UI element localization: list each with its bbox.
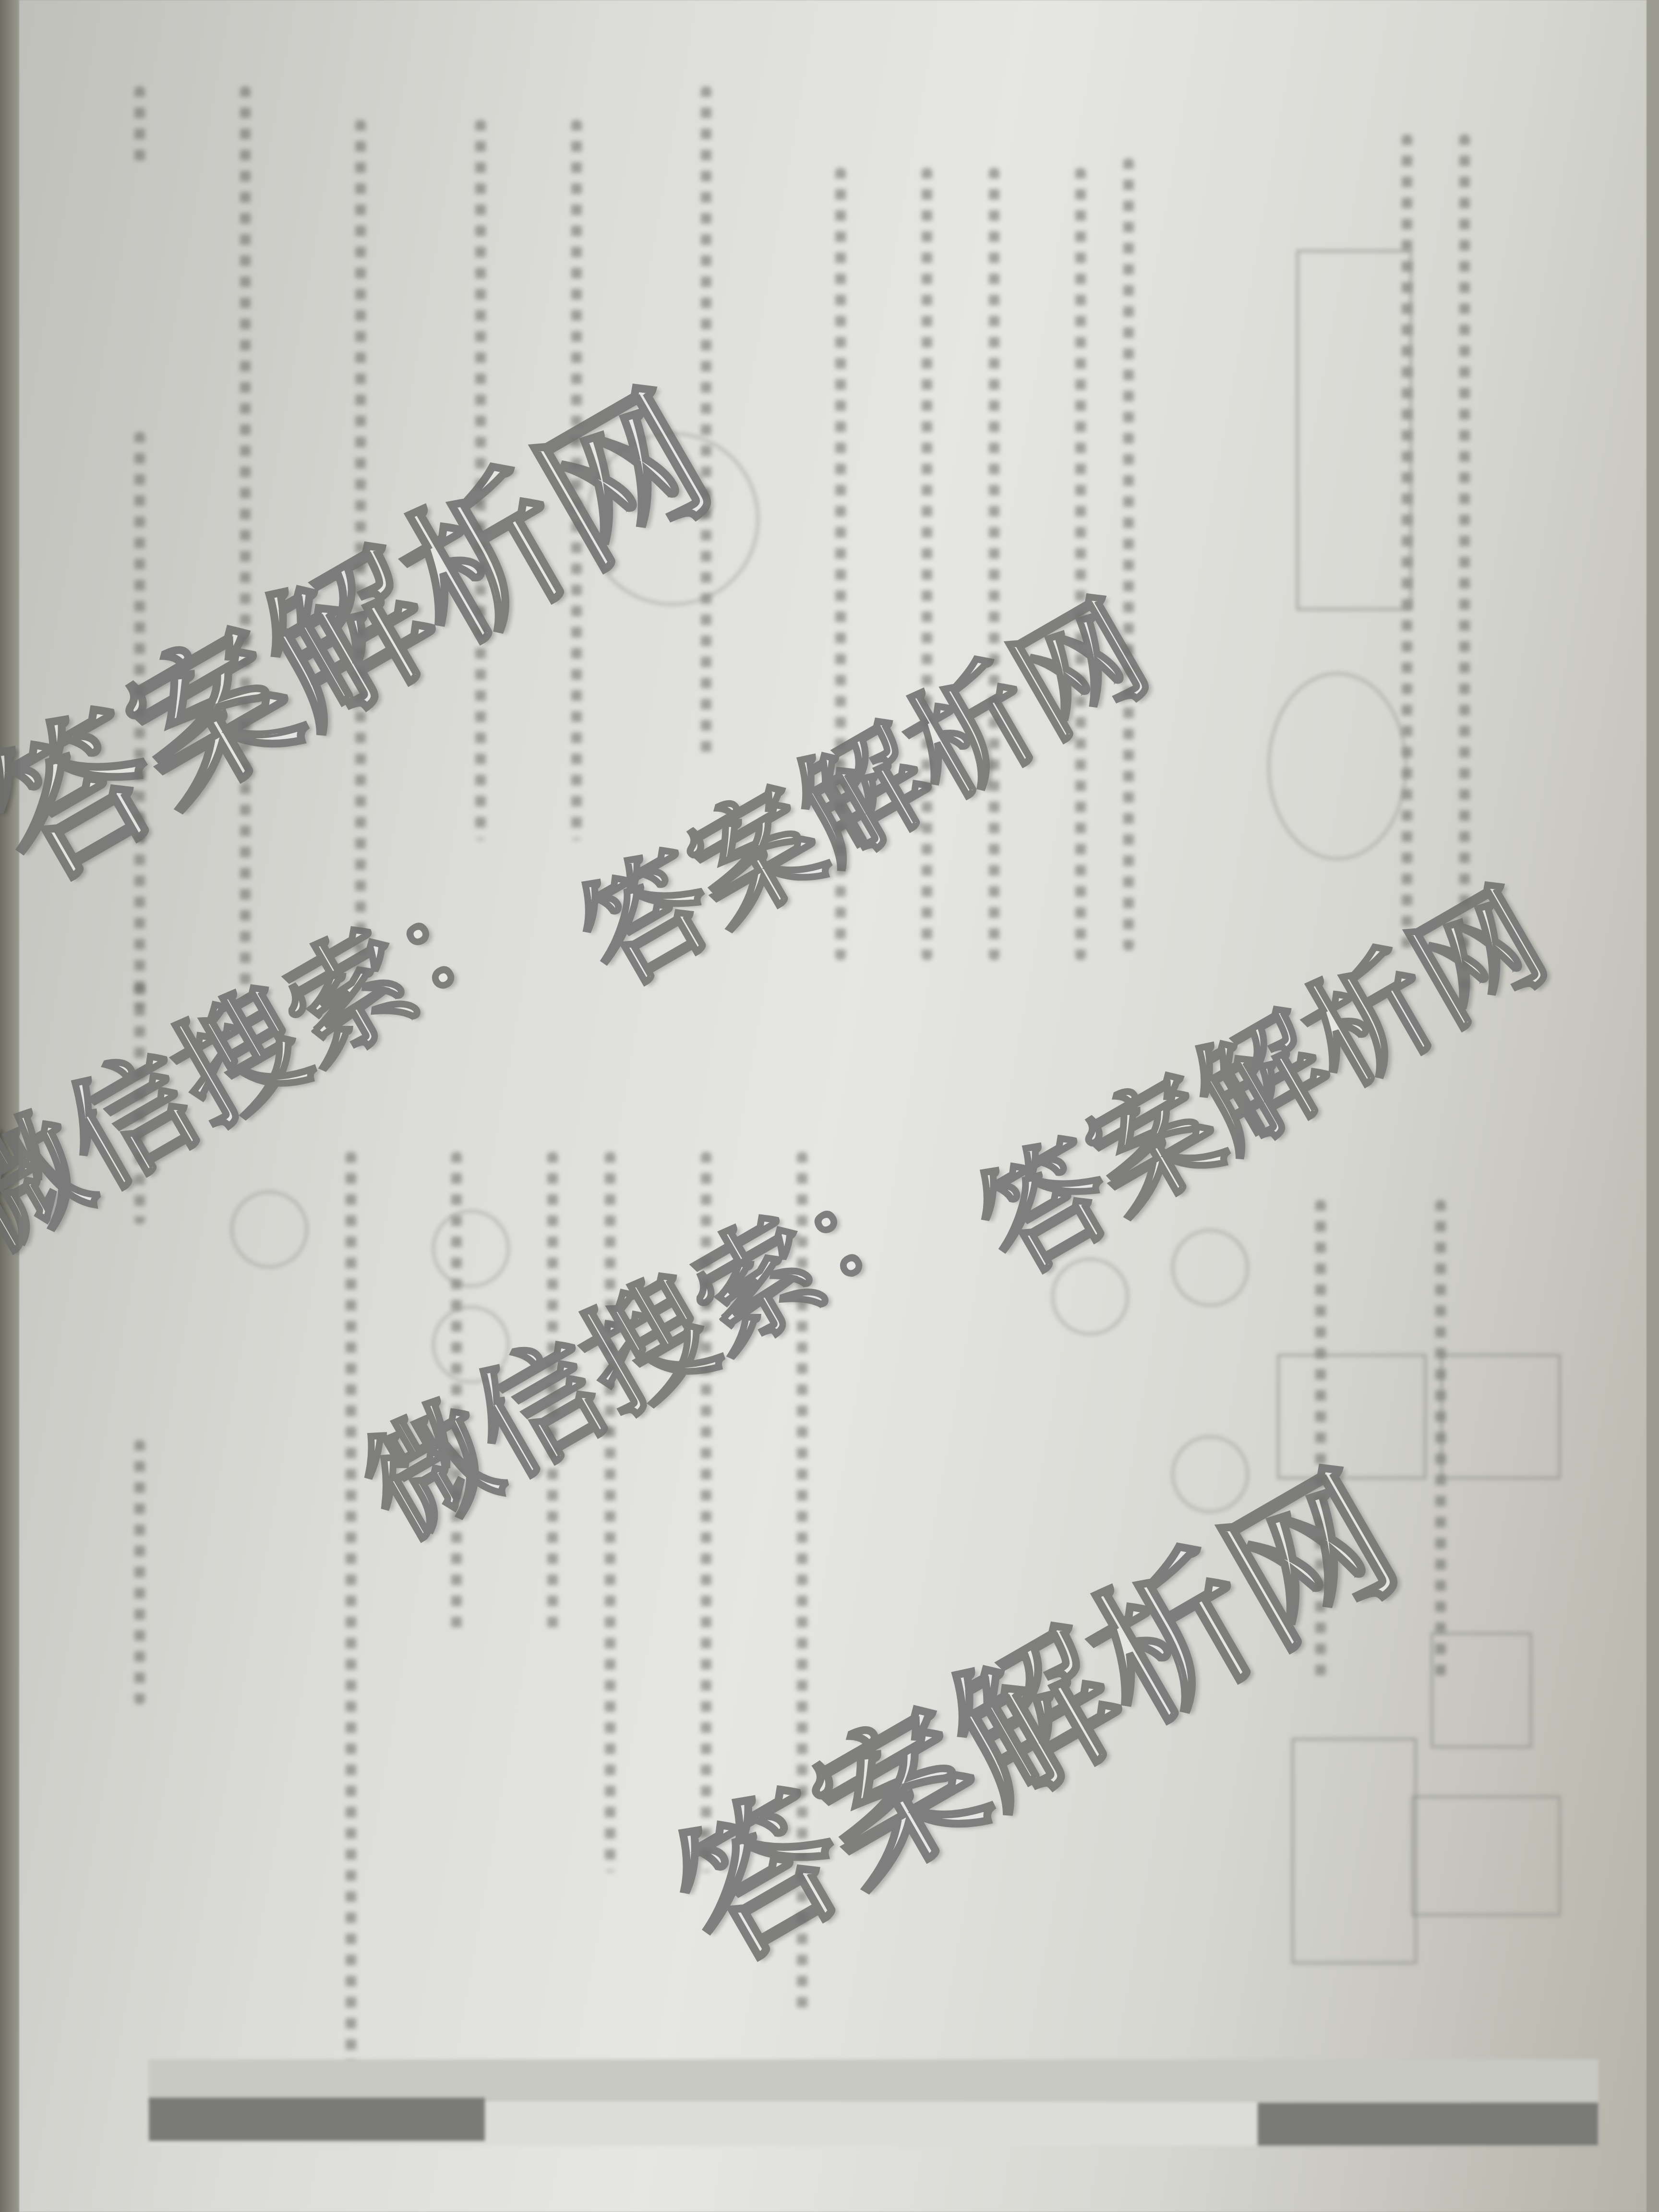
graph-curve [1267,672,1407,860]
text-line [134,86,145,163]
footer-block-right [1258,2103,1599,2146]
benzene-ring [230,1190,308,1268]
benzene-ring [1171,1229,1249,1307]
footer-block-left [149,2098,485,2141]
footer-band [149,2059,1599,2103]
text-line [346,1152,356,2064]
text-line [240,86,251,998]
text-line [134,1440,145,1704]
structure-box [1411,1795,1561,1916]
benzene-ring [432,1210,510,1287]
structure-box [1440,1354,1561,1479]
structure-box [1291,1738,1417,1964]
text-line [701,86,711,758]
structure-box [1431,1632,1532,1748]
